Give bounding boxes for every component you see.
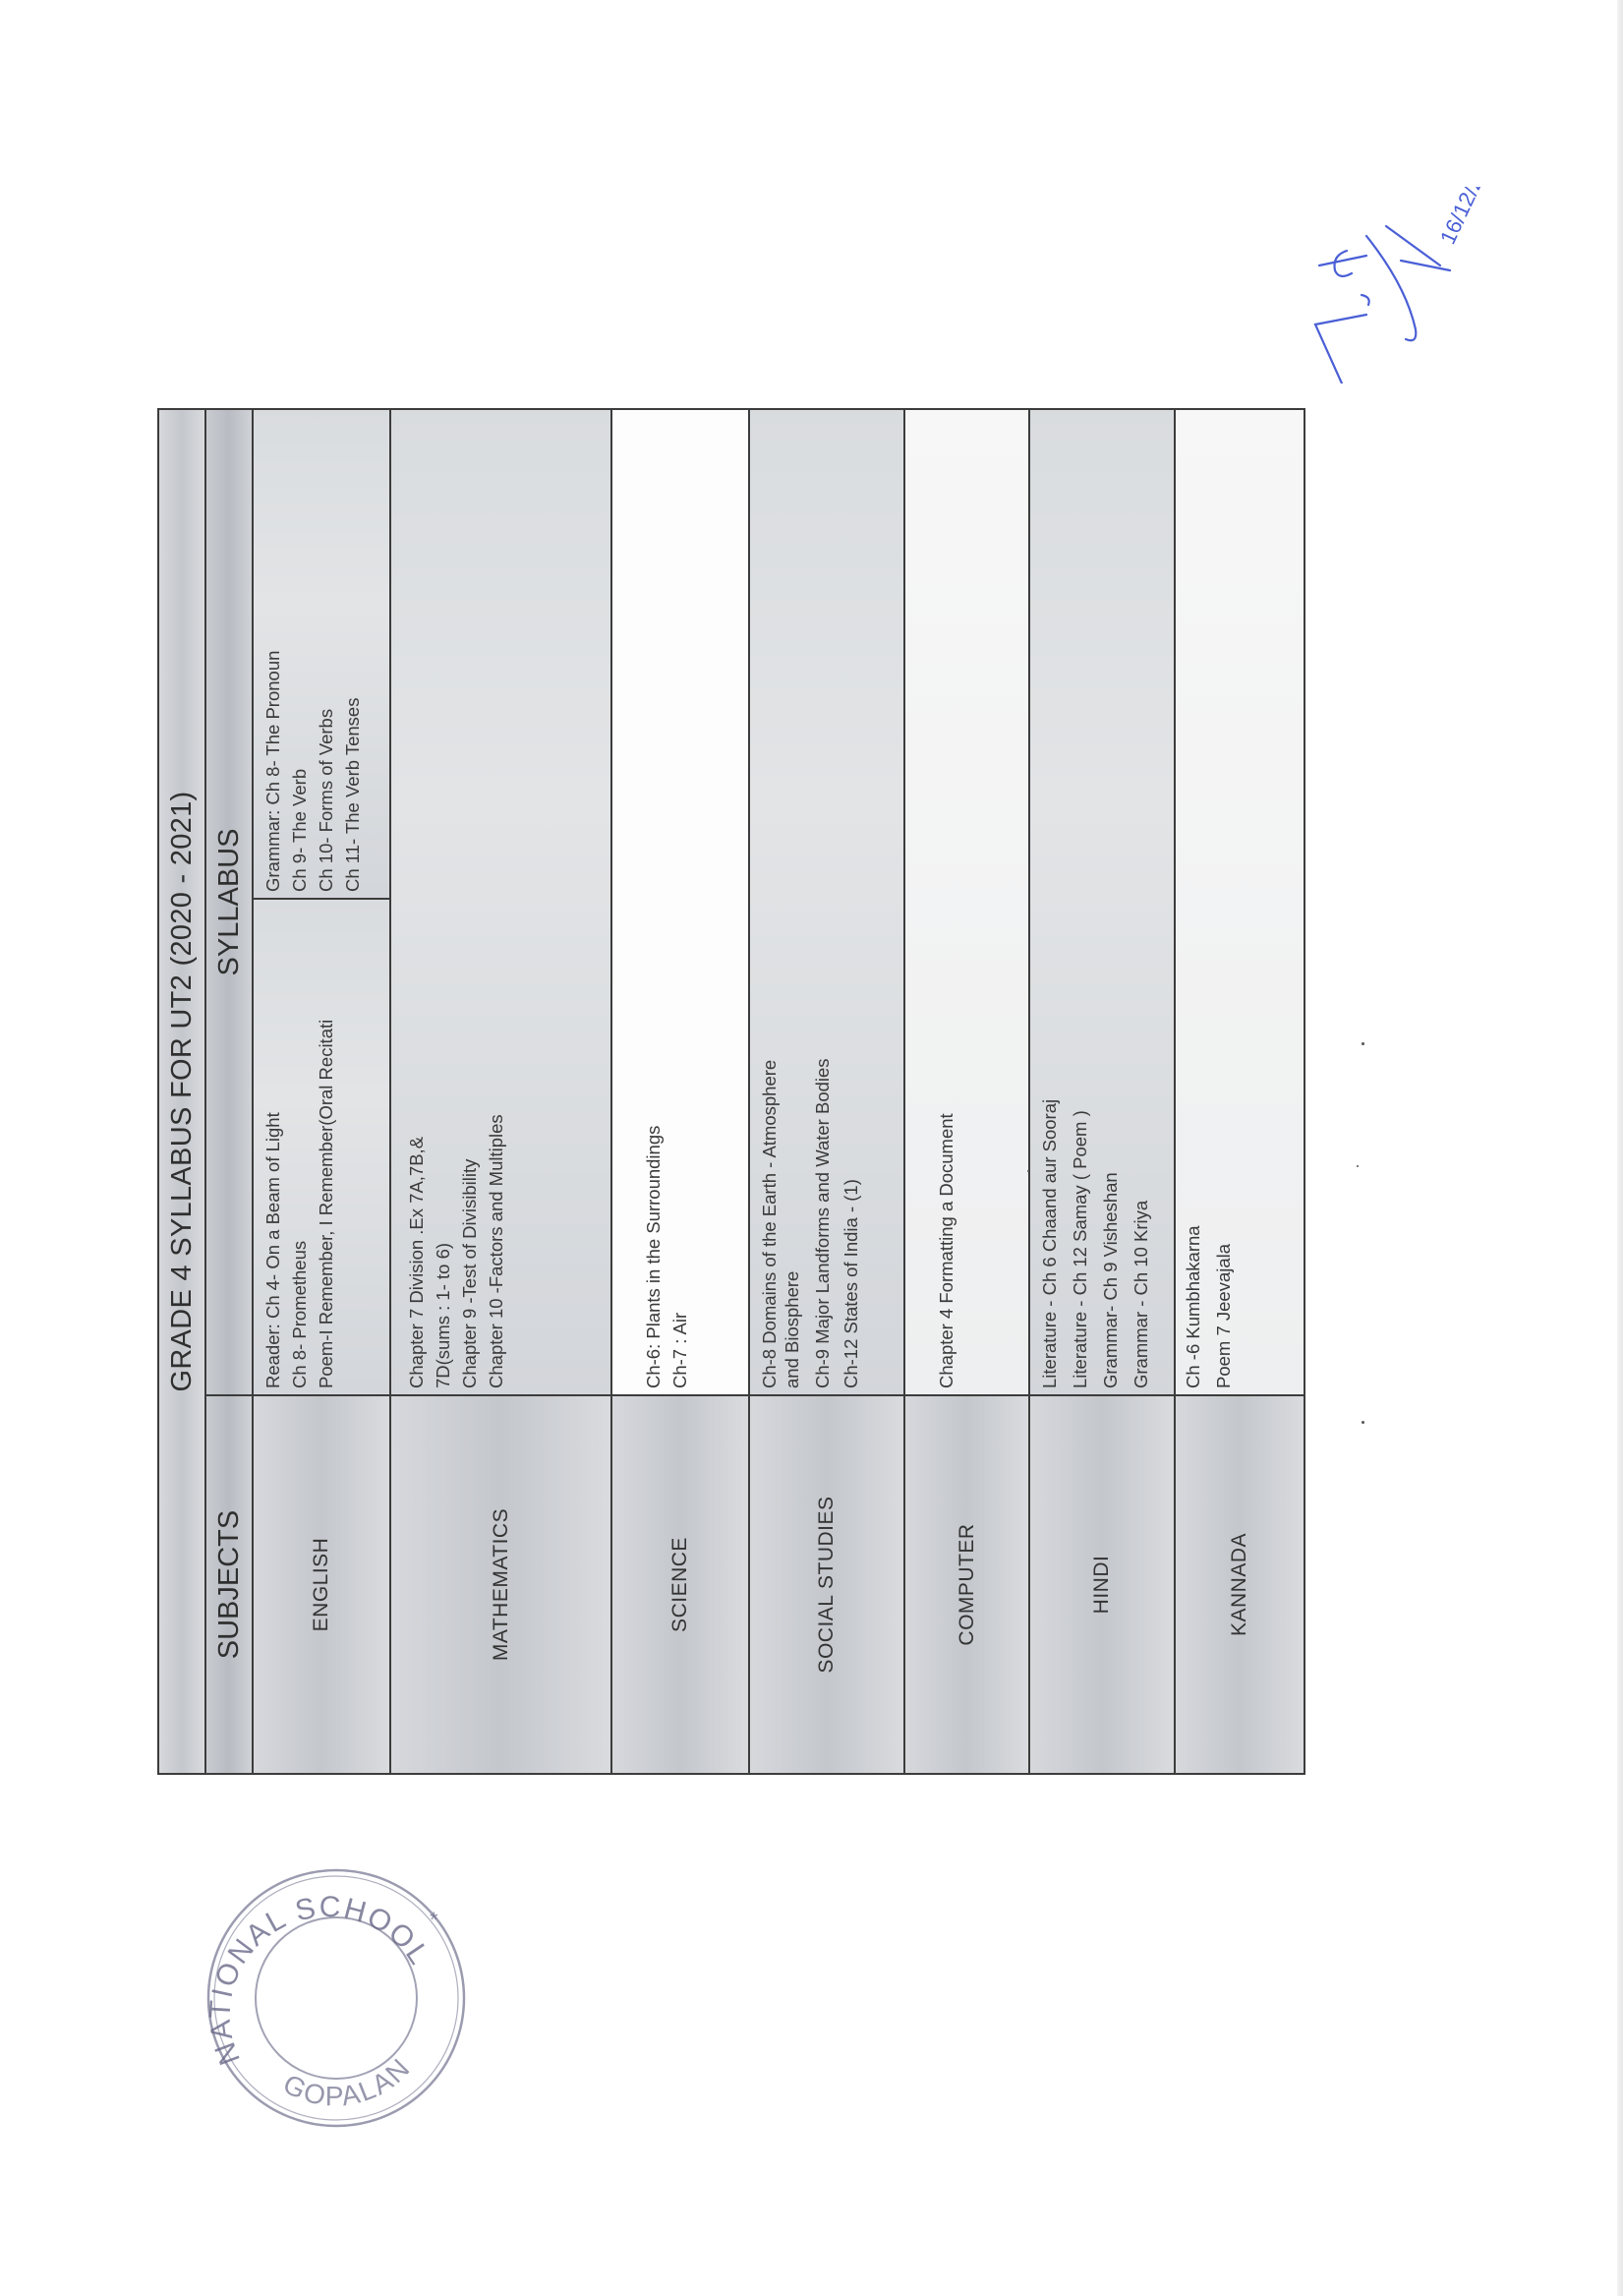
page-edge-shadow [1617,0,1623,2296]
subject-science: SCIENCE [611,1395,749,1774]
school-stamp-icon: NATIONAL SCHOOL GOPALAN * [202,1863,472,2134]
syllabus-line: Reader: Ch 4- On a Beam of Light [260,908,286,1388]
syllabus-line: Ch 11- The Verb Tenses [339,418,366,892]
syllabus-line: Ch-7 : Air [667,418,693,1388]
signature-date: 16/12/20 [1435,187,1493,248]
svg-text:GOPALAN: GOPALAN [278,2052,416,2112]
syllabus-line: Ch-8 Domains of the Earth - Atmosphere [758,418,781,1388]
header-subjects: SUBJECTS [205,1395,253,1774]
syllabus-social-studies: Ch-8 Domains of the Earth - Atmosphere a… [749,409,904,1395]
syllabus-line: Ch-12 States of India - (1) [840,418,862,1388]
syllabus-line: Ch 9- The Verb [286,418,313,892]
speck [1362,1042,1364,1045]
stamp-star: * [430,1908,438,1932]
subject-social-studies: SOCIAL STUDIES [749,1395,904,1774]
syllabus-english-grammar: Grammar: Ch 8- The Pronoun Ch 9- The Ver… [253,409,390,899]
stamp-text-bottom: GOPALAN [278,2052,416,2112]
syllabus-line: 7D(sums : 1- to 6) [430,418,456,1388]
stamp-text-top: NATIONAL SCHOOL [203,1891,435,2069]
svg-text:NATIONAL SCHOOL: NATIONAL SCHOOL [203,1891,435,2069]
subject-hindi: HINDI [1029,1395,1175,1774]
speck [1027,1170,1029,1172]
syllabus-line: Chapter 10 -Factors and Multiples [483,418,509,1388]
syllabus-line: Grammar- Ch 9 Visheshan [1095,418,1126,1388]
subject-computer: COMPUTER [904,1395,1029,1774]
syllabus-kannada: Ch -6 Kumbhakarna Poem 7 Jeevajala [1175,409,1304,1395]
syllabus-line: Chapter 9 -Test of Divisibility [456,418,483,1388]
syllabus-line: Poem-I Remember, I Remember(Oral Recitat… [313,908,339,1388]
syllabus-mathematics: Chapter 7 Division .Ex 7A,7B,& 7D(sums :… [390,409,611,1395]
subject-english: ENGLISH [253,1395,390,1774]
syllabus-table: GRADE 4 SYLLABUS FOR UT2 (2020 - 2021) S… [157,408,1305,1775]
speck [1362,1421,1364,1424]
signature-icon: 16/12/20 [1307,187,1494,383]
syllabus-english: Reader: Ch 4- On a Beam of Light Ch 8- P… [253,899,390,1395]
syllabus-line: Poem 7 Jeevajala [1208,418,1239,1388]
syllabus-line: Ch 8- Prometheus [286,908,313,1388]
syllabus-line: Ch-9 Major Landforms and Water Bodies [811,418,834,1388]
syllabus-line: Chapter 4 Formatting a Document [933,418,959,1388]
syllabus-science: Ch-6: Plants in the Surroundings Ch-7 : … [611,409,749,1395]
syllabus-line: Chapter 7 Division .Ex 7A,7B,& [403,418,430,1388]
syllabus-line: and Biosphere [781,418,803,1388]
syllabus-hindi: Literature - Ch 6 Chaand aur Sooraj Lite… [1029,409,1175,1395]
subject-mathematics: MATHEMATICS [390,1395,611,1774]
syllabus-line: Grammar: Ch 8- The Pronoun [260,418,286,892]
syllabus-table-rotated: GRADE 4 SYLLABUS FOR UT2 (2020 - 2021) S… [157,410,1303,1775]
syllabus-line: Grammar - Ch 10 Kriya [1126,418,1156,1388]
header-syllabus: SYLLABUS [205,409,253,1395]
syllabus-line: Ch-6: Plants in the Surroundings [640,418,667,1388]
syllabus-line: Ch -6 Kumbhakarna [1178,418,1208,1388]
subject-kannada: KANNADA [1175,1395,1304,1774]
document-title: GRADE 4 SYLLABUS FOR UT2 (2020 - 2021) [158,409,205,1774]
speck [1357,1165,1359,1167]
syllabus-line: Ch 10- Forms of Verbs [313,418,339,892]
syllabus-line: Literature - Ch 12 Samay ( Poem ) [1065,418,1095,1388]
syllabus-computer: Chapter 4 Formatting a Document [904,409,1029,1395]
syllabus-line: Literature - Ch 6 Chaand aur Sooraj [1034,418,1065,1388]
